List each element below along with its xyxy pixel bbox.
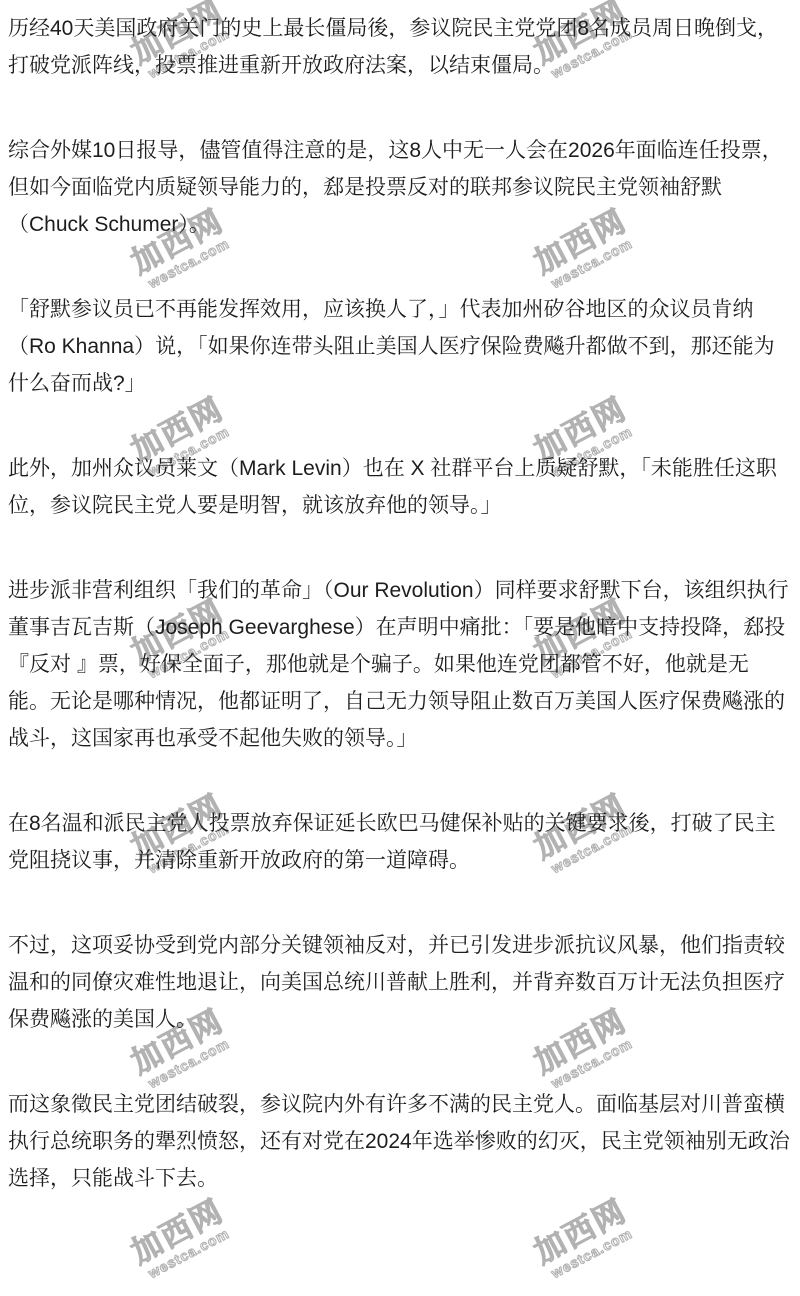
article-body: 历经40天美国政府关门的史上最长僵局後，参议院民主党党团8名成员周日晚倒戈，打破… [0,0,800,1197]
article-paragraph: 此外，加州众议员莱文（Mark Levin）也在 X 社群平台上质疑舒默，「未能… [8,450,790,524]
watermark-stamp: 加西网westca.com [121,1191,242,1285]
article-paragraph: 进步派非营利组织「我们的革命」（Our Revolution）同样要求舒默下台，… [8,572,790,757]
watermark-stamp: 加西网westca.com [524,1191,645,1285]
article-paragraph: 综合外媒10日报导，儘管值得注意的是，这8人中无一人会在2026年面临连任投票，… [8,132,790,243]
article-paragraph: 历经40天美国政府关门的史上最长僵局後，参议院民主党党团8名成员周日晚倒戈，打破… [8,10,790,84]
article-paragraph: 不过，这项妥协受到党内部分关键领袖反对，并已引发进步派抗议风暴，他们指责较温和的… [8,927,790,1038]
article-paragraph: 在8名温和派民主党人投票放弃保证延长欧巴马健保补贴的关键要求後，打破了民主党阻挠… [8,805,790,879]
article-paragraph: 「舒默参议员已不再能发挥效用，应该换人了，」代表加州矽谷地区的众议员肯纳（Ro … [8,291,790,402]
article-paragraph: 而这象徵民主党团结破裂，参议院内外有许多不满的民主党人。面临基层对川普蛮横执行总… [8,1086,790,1197]
